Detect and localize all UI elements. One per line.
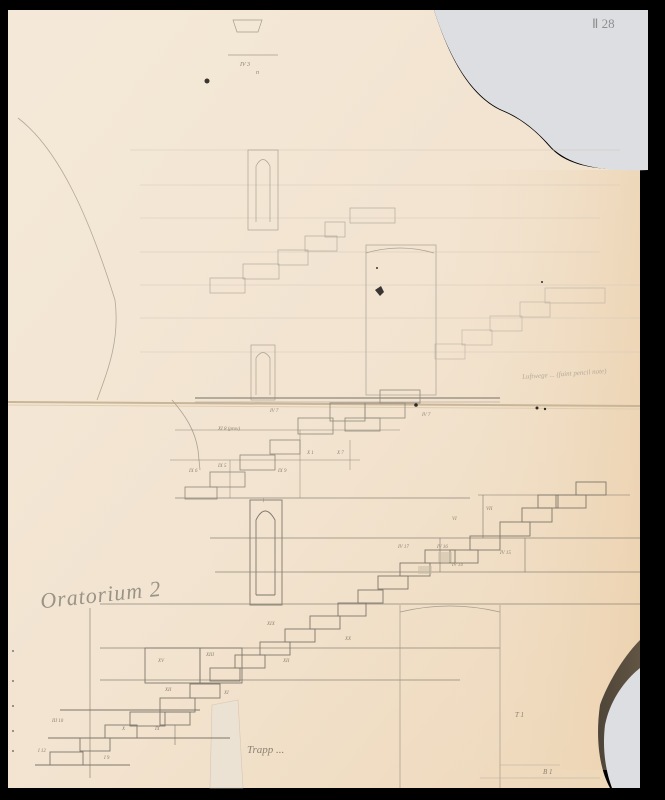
svg-text:IV 3: IV 3 [239,62,250,68]
svg-text:IV 14: IV 14 [451,563,463,568]
svg-text:n: n [256,70,259,76]
svg-text:XX: XX [344,637,352,642]
svg-text:IV 16: IV 16 [436,545,448,550]
svg-text:XV: XV [157,659,165,664]
svg-text:IX 5: IX 5 [217,464,227,469]
tape-strip [210,700,243,788]
svg-text:IX 6: IX 6 [188,469,198,474]
svg-text:IV 7: IV 7 [421,413,431,418]
drawing-canvas: IV 3 n [0,0,665,800]
svg-text:XII: XII [282,659,290,664]
svg-text:T 1: T 1 [515,711,524,719]
svg-text:XIX: XIX [266,622,276,627]
svg-text:I 12: I 12 [37,749,46,754]
svg-text:B 1: B 1 [543,768,553,776]
svg-text:IX: IX [154,727,161,732]
svg-text:IV 15: IV 15 [499,551,511,556]
svg-text:III 10: III 10 [51,719,64,724]
svg-text:VI: VI [452,517,457,522]
svg-text:IV 17: IV 17 [397,545,409,550]
scanned-drawing-sheet: IV 3 n [0,0,665,800]
svg-text:XII: XII [164,688,172,693]
svg-text:XI 8 (prov): XI 8 (prov) [217,427,240,432]
svg-text:VII: VII [486,507,493,512]
svg-text:XIII: XIII [205,653,214,658]
svg-text:IV 7: IV 7 [269,409,279,414]
handwritten-bottom-note: Trapp ... [247,744,284,756]
svg-text:+: + [261,496,266,505]
svg-text:IX 9: IX 9 [277,469,287,474]
sheet-number: Ⅱ 28 [592,16,615,32]
svg-text:X 1: X 1 [306,451,314,456]
svg-text:X 7: X 7 [336,451,344,456]
svg-text:I 9: I 9 [103,756,110,761]
svg-text:XI: XI [223,691,229,696]
